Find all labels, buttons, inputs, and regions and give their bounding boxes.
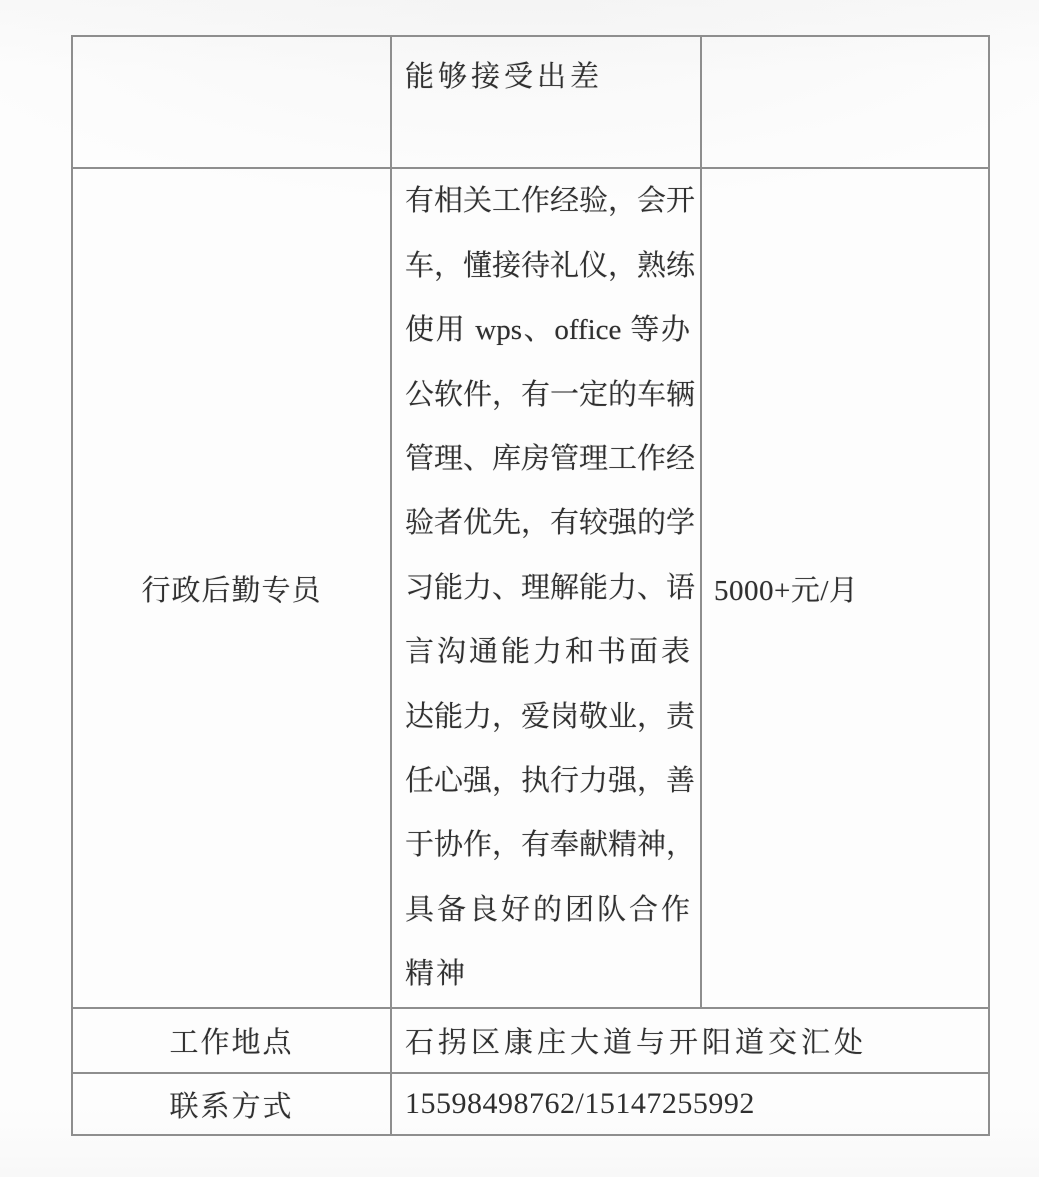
contact-label-cell: 联系方式 xyxy=(72,1073,391,1135)
salary-text: 5000+元/月 xyxy=(702,568,988,609)
document-page: 能够接受出差 行政后勤专员 有相关工作经验，会开 车，懂接待礼仪，熟练 使用 w… xyxy=(0,0,1039,1177)
location-label: 工作地点 xyxy=(169,1027,293,1059)
requirement-line: 言沟通能力和书面表 xyxy=(405,620,690,684)
requirement-line: 公软件，有一定的车辆 xyxy=(405,363,690,427)
table-row-contact: 联系方式 15598498762/15147255992 xyxy=(72,1073,989,1135)
requirement-line: 具备良好的团队合作 xyxy=(405,878,690,942)
requirement-line: 习能力、理解能力、语 xyxy=(405,556,690,620)
table-row-job: 行政后勤专员 有相关工作经验，会开 车，懂接待礼仪，熟练 使用 wps、offi… xyxy=(72,168,989,1008)
requirement-line: 精神 xyxy=(405,942,690,1006)
table-row-location: 工作地点 石拐区康庄大道与开阳道交汇处 xyxy=(72,1008,989,1073)
salary-cell: 5000+元/月 xyxy=(701,168,989,1008)
job-posting-table: 能够接受出差 行政后勤专员 有相关工作经验，会开 车，懂接待礼仪，熟练 使用 w… xyxy=(71,35,990,1136)
requirement-line: 车，懂接待礼仪，熟练 xyxy=(405,234,690,298)
requirement-continued-cell: 能够接受出差 xyxy=(391,36,701,168)
requirement-line: 达能力，爱岗敬业，责 xyxy=(405,685,690,749)
requirement-line: 使用 wps、office 等办 xyxy=(405,298,690,362)
position-title: 行政后勤专员 xyxy=(141,575,321,607)
requirement-line: 于协作，有奉献精神， xyxy=(405,813,690,877)
requirements-cell: 有相关工作经验，会开 车，懂接待礼仪，熟练 使用 wps、office 等办 公… xyxy=(391,168,701,1008)
contact-phone-numbers: 15598498762/15147255992 xyxy=(392,1087,988,1121)
requirement-line: 验者优先，有较强的学 xyxy=(405,491,690,555)
requirements-text: 有相关工作经验，会开 车，懂接待礼仪，熟练 使用 wps、office 等办 公… xyxy=(392,169,700,1006)
requirement-line: 有相关工作经验，会开 xyxy=(405,169,690,233)
requirement-line: 管理、库房管理工作经 xyxy=(405,427,690,491)
location-value-cell: 石拐区康庄大道与开阳道交汇处 xyxy=(391,1008,989,1073)
position-title-cell: 行政后勤专员 xyxy=(72,168,391,1008)
position-cell-empty xyxy=(72,36,391,168)
requirement-continued-text: 能够接受出差 xyxy=(392,37,700,97)
salary-cell-empty xyxy=(701,36,989,168)
location-label-cell: 工作地点 xyxy=(72,1008,391,1073)
table-row-continued: 能够接受出差 xyxy=(72,36,989,168)
location-value: 石拐区康庄大道与开阳道交汇处 xyxy=(392,1020,988,1061)
contact-label: 联系方式 xyxy=(169,1091,293,1123)
contact-value-cell: 15598498762/15147255992 xyxy=(391,1073,989,1135)
requirement-line: 任心强，执行力强，善 xyxy=(405,749,690,813)
